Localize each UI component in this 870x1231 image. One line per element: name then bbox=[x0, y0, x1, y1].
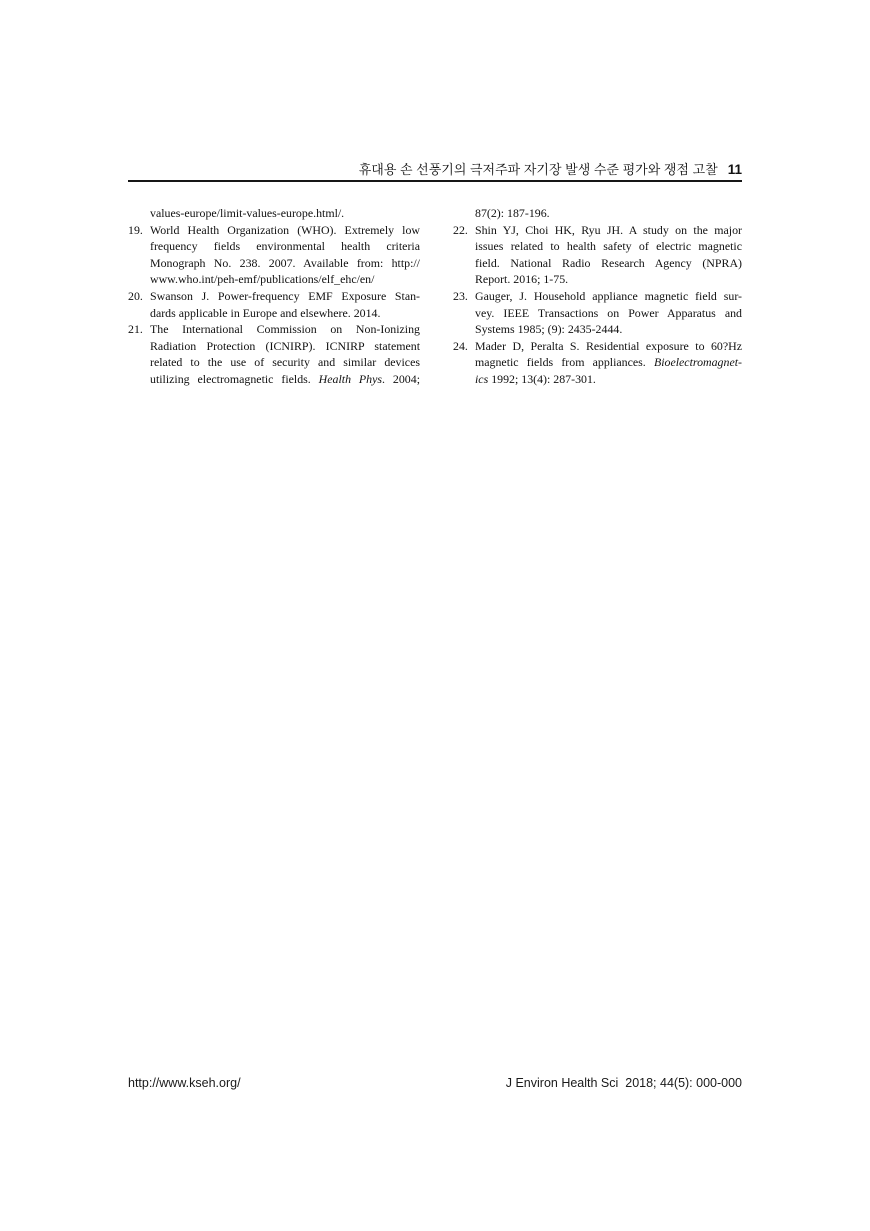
reference-number: 23. bbox=[453, 288, 468, 305]
reference-text-italic: Health Phys bbox=[319, 372, 382, 386]
reference-item: 20.Swanson J. Power-frequency EMF Exposu… bbox=[128, 288, 420, 321]
reference-text: The International Commission on Non-Ioni… bbox=[150, 322, 420, 336]
reference-line: ics 1992; 13(4): 287-301. bbox=[475, 371, 742, 388]
reference-number: 20. bbox=[128, 288, 143, 305]
reference-text: magnetic fields from appliances. bbox=[475, 355, 654, 369]
reference-text: Swanson J. Power-frequency EMF Exposure … bbox=[150, 289, 420, 303]
reference-item: 23.Gauger, J. Household appliance magnet… bbox=[453, 288, 742, 338]
reference-line: Mader D, Peralta S. Residential exposure… bbox=[475, 338, 742, 355]
reference-text: Systems 1985; (9): 2435-2444. bbox=[475, 322, 622, 336]
reference-line: dards applicable in Europe and elsewhere… bbox=[150, 305, 420, 322]
reference-item: 87(2): 187-196. bbox=[453, 205, 742, 222]
reference-line: Gauger, J. Household appliance magnetic … bbox=[475, 288, 742, 305]
reference-item: 21.The International Commission on Non-I… bbox=[128, 321, 420, 387]
reference-line: vey. IEEE Transactions on Power Apparatu… bbox=[475, 305, 742, 322]
reference-text: 1992; 13(4): 287-301. bbox=[488, 372, 596, 386]
reference-line: Shin YJ, Choi HK, Ryu JH. A study on the… bbox=[475, 222, 742, 239]
reference-number: 22. bbox=[453, 222, 468, 239]
reference-line: issues related to health safety of elect… bbox=[475, 238, 742, 255]
reference-text: field. National Radio Research Agency (N… bbox=[475, 256, 742, 270]
reference-line: field. National Radio Research Agency (N… bbox=[475, 255, 742, 272]
document-page: 휴대용 손 선풍기의 극저주파 자기장 발생 수준 평가와 쟁점 고찰11 va… bbox=[0, 0, 870, 1231]
reference-line: values-europe/limit-values-europe.html/. bbox=[150, 205, 420, 222]
reference-text: dards applicable in Europe and elsewhere… bbox=[150, 306, 380, 320]
reference-text-italic: ics bbox=[475, 372, 488, 386]
page-footer: http://www.kseh.org/ J Environ Health Sc… bbox=[128, 1076, 742, 1090]
reference-line: Systems 1985; (9): 2435-2444. bbox=[475, 321, 742, 338]
references-column-left: values-europe/limit-values-europe.html/.… bbox=[128, 205, 420, 388]
reference-text: Gauger, J. Household appliance magnetic … bbox=[475, 289, 742, 303]
reference-line: 87(2): 187-196. bbox=[475, 205, 742, 222]
reference-line: Swanson J. Power-frequency EMF Exposure … bbox=[150, 288, 420, 305]
reference-item: values-europe/limit-values-europe.html/. bbox=[128, 205, 420, 222]
reference-line: World Health Organization (WHO). Extreme… bbox=[150, 222, 420, 239]
reference-line: utilizing electromagnetic fields. Health… bbox=[150, 371, 420, 388]
reference-item: 22.Shin YJ, Choi HK, Ryu JH. A study on … bbox=[453, 222, 742, 288]
header-rule bbox=[128, 180, 742, 182]
journal-citation: J Environ Health Sci 2018; 44(5): 000-00… bbox=[506, 1076, 742, 1090]
reference-text: values-europe/limit-values-europe.html/. bbox=[150, 206, 344, 220]
page-header: 휴대용 손 선풍기의 극저주파 자기장 발생 수준 평가와 쟁점 고찰11 bbox=[128, 161, 742, 178]
reference-text: www.who.int/peh-emf/publications/elf_ehc… bbox=[150, 272, 374, 286]
page-number: 11 bbox=[728, 162, 742, 177]
reference-line: Report. 2016; 1-75. bbox=[475, 271, 742, 288]
reference-text: Shin YJ, Choi HK, Ryu JH. A study on the… bbox=[475, 223, 742, 237]
journal-url: http://www.kseh.org/ bbox=[128, 1076, 241, 1090]
reference-text: related to the use of security and simil… bbox=[150, 355, 420, 369]
reference-text: Radiation Protection (ICNIRP). ICNIRP st… bbox=[150, 339, 420, 353]
reference-number: 24. bbox=[453, 338, 468, 355]
reference-text: World Health Organization (WHO). Extreme… bbox=[150, 223, 420, 237]
reference-text-italic: Bioelectromagnet- bbox=[654, 355, 742, 369]
reference-text: utilizing electromagnetic fields. bbox=[150, 372, 319, 386]
reference-number: 21. bbox=[128, 321, 143, 338]
running-title: 휴대용 손 선풍기의 극저주파 자기장 발생 수준 평가와 쟁점 고찰 bbox=[359, 162, 718, 177]
reference-text: Monograph No. 238. 2007. Available from:… bbox=[150, 256, 420, 270]
reference-text: Mader D, Peralta S. Residential exposure… bbox=[475, 339, 742, 353]
reference-text: issues related to health safety of elect… bbox=[475, 239, 742, 253]
reference-number: 19. bbox=[128, 222, 143, 239]
reference-item: 19.World Health Organization (WHO). Extr… bbox=[128, 222, 420, 288]
reference-line: Radiation Protection (ICNIRP). ICNIRP st… bbox=[150, 338, 420, 355]
reference-line: The International Commission on Non-Ioni… bbox=[150, 321, 420, 338]
reference-line: www.who.int/peh-emf/publications/elf_ehc… bbox=[150, 271, 420, 288]
reference-line: magnetic fields from appliances. Bioelec… bbox=[475, 354, 742, 371]
reference-line: related to the use of security and simil… bbox=[150, 354, 420, 371]
reference-text: Report. 2016; 1-75. bbox=[475, 272, 568, 286]
reference-item: 24.Mader D, Peralta S. Residential expos… bbox=[453, 338, 742, 388]
reference-text: 87(2): 187-196. bbox=[475, 206, 550, 220]
references-column-right: 87(2): 187-196.22.Shin YJ, Choi HK, Ryu … bbox=[453, 205, 742, 388]
reference-text: vey. IEEE Transactions on Power Apparatu… bbox=[475, 306, 742, 320]
reference-text: frequency fields environmental health cr… bbox=[150, 239, 420, 253]
reference-line: frequency fields environmental health cr… bbox=[150, 238, 420, 255]
reference-text: . 2004; bbox=[382, 372, 420, 386]
references-section: values-europe/limit-values-europe.html/.… bbox=[128, 205, 742, 388]
reference-line: Monograph No. 238. 2007. Available from:… bbox=[150, 255, 420, 272]
